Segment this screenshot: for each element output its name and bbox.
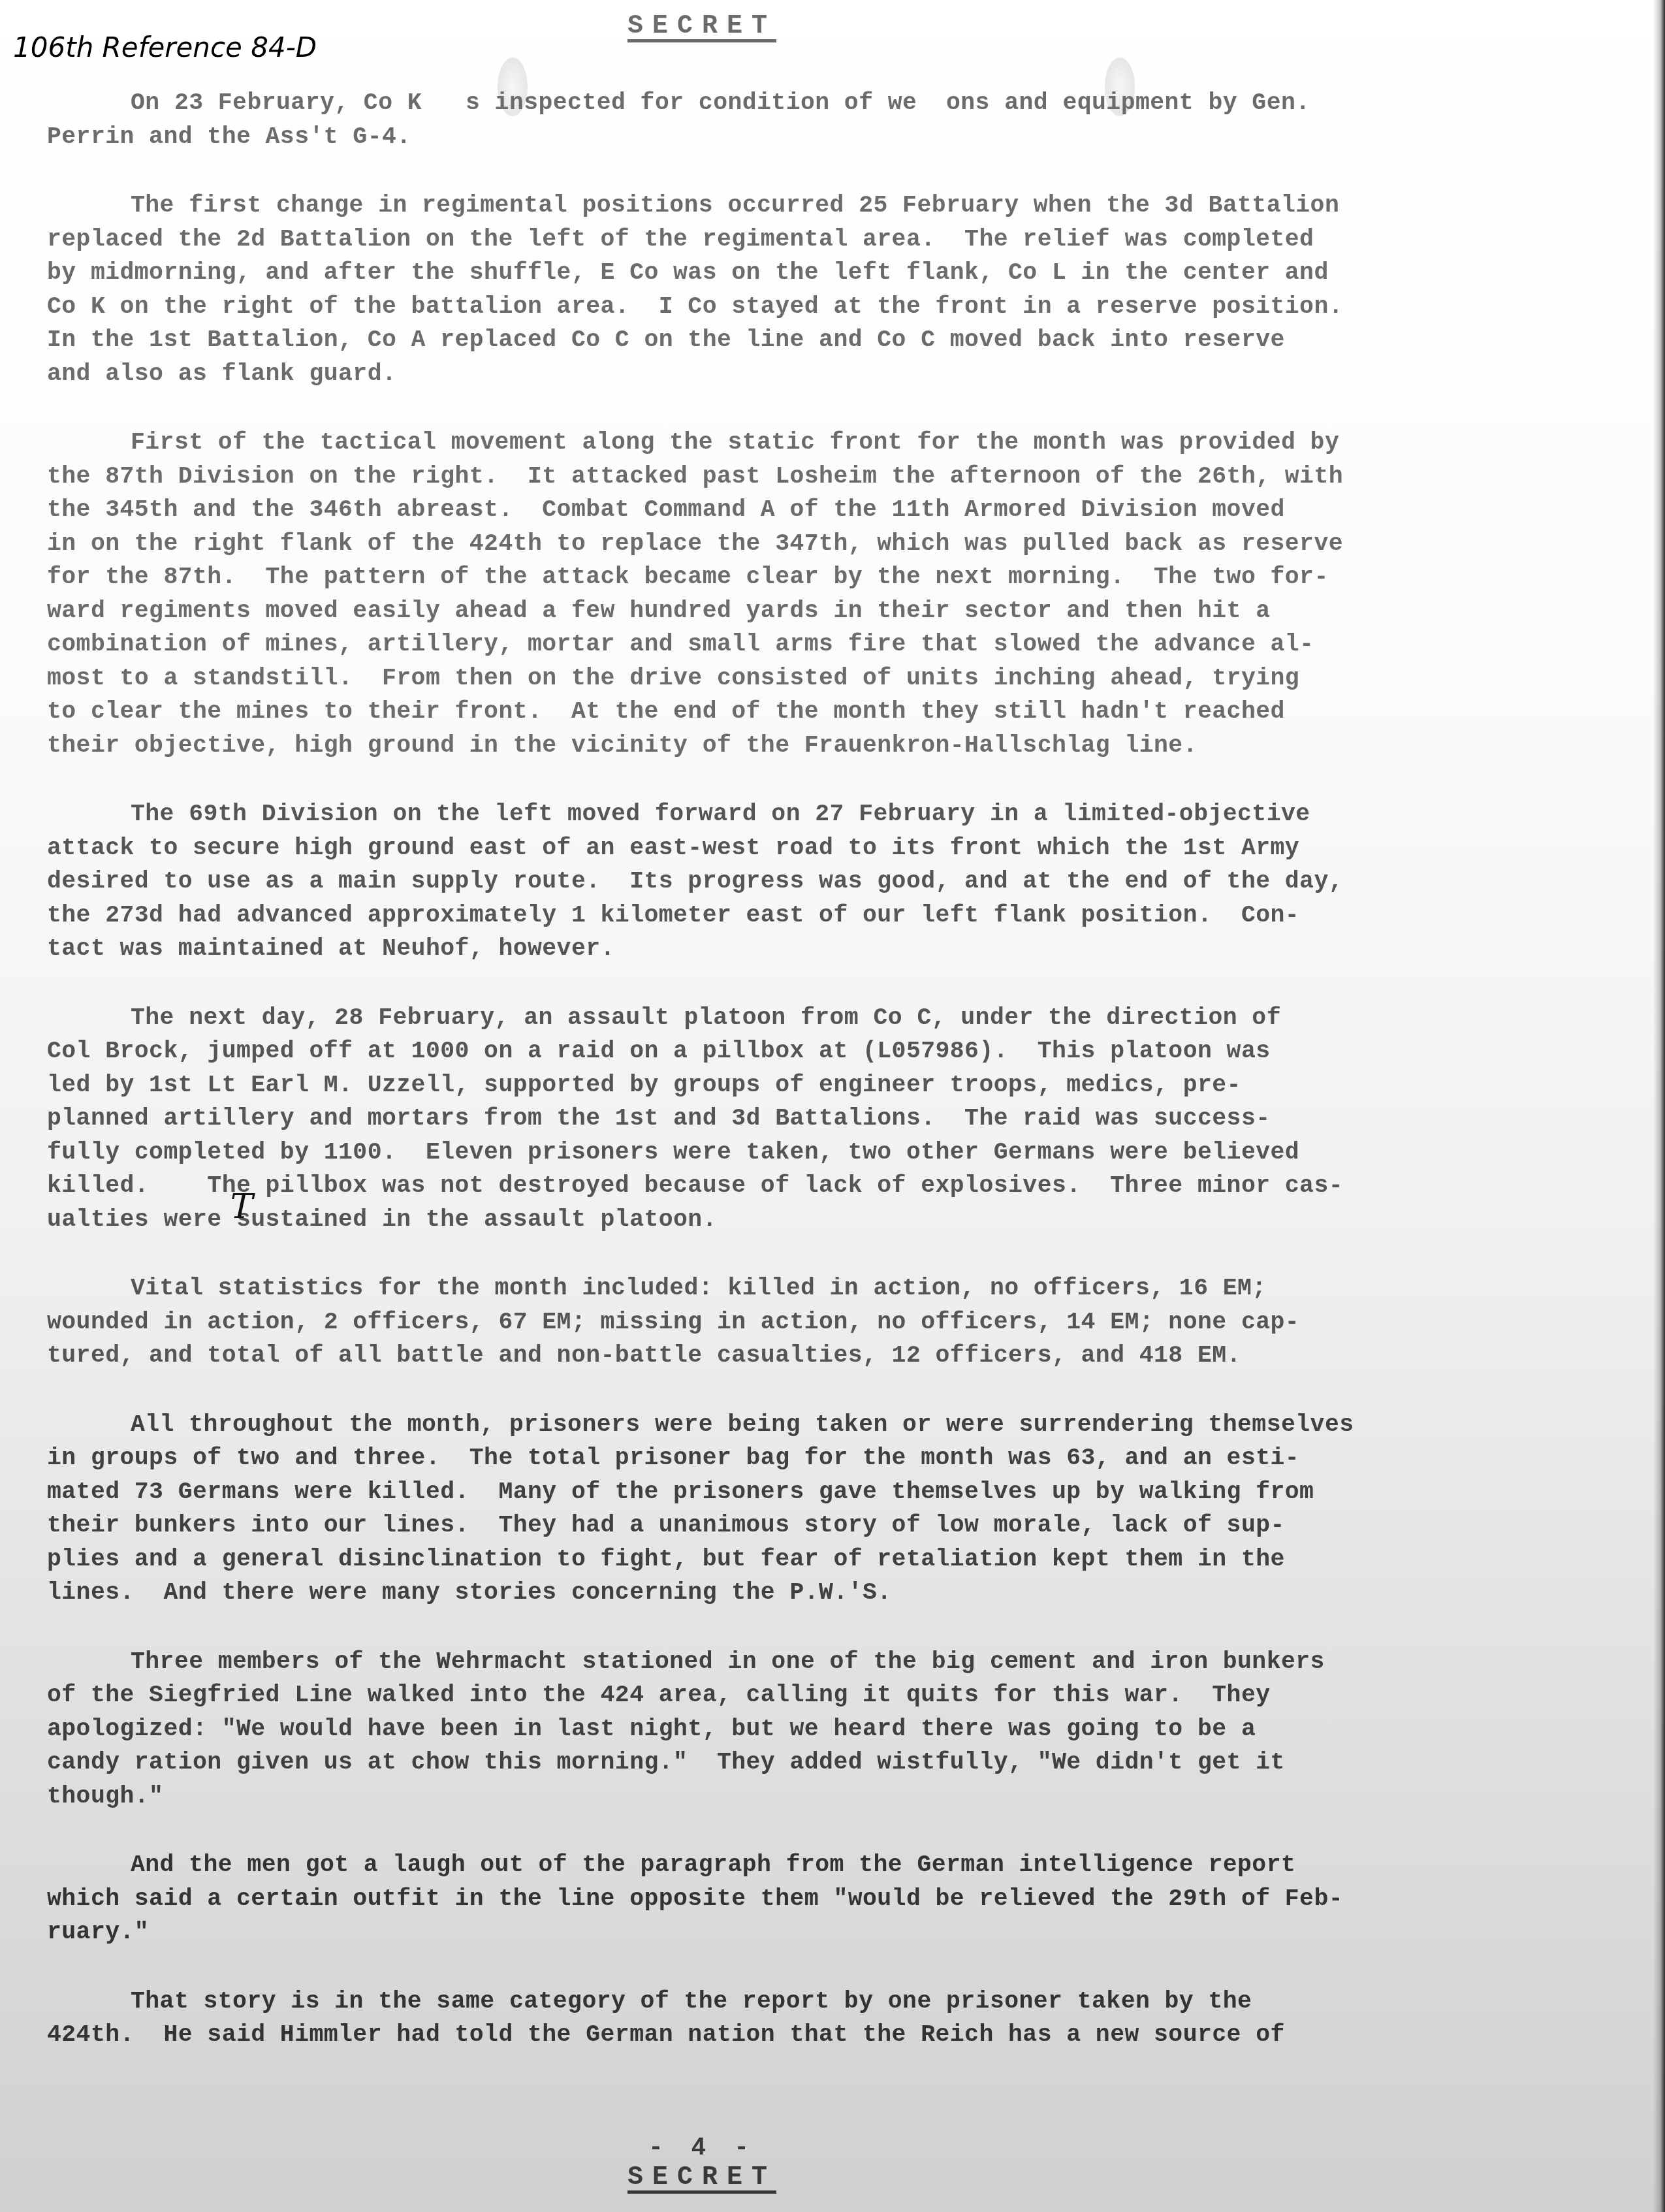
text-line: First of the tactical movement along the… bbox=[47, 426, 1640, 460]
text-line: in on the right flank of the 424th to re… bbox=[47, 527, 1640, 561]
text-line: The 69th Division on the left moved forw… bbox=[47, 797, 1640, 831]
text-line: apologized: "We would have been in last … bbox=[47, 1712, 1640, 1746]
text-line: lines. And there were many stories conce… bbox=[47, 1576, 1640, 1610]
paragraph: All throughout the month, prisoners were… bbox=[47, 1408, 1640, 1610]
text-line: combination of mines, artillery, mortar … bbox=[47, 628, 1640, 662]
text-line: ward regiments moved easily ahead a few … bbox=[47, 594, 1640, 628]
text-line: replaced the 2d Battalion on the left of… bbox=[47, 223, 1640, 257]
text-line: tact was maintained at Neuhof, however. bbox=[47, 932, 1640, 966]
paragraph: Three members of the Wehrmacht stationed… bbox=[47, 1645, 1640, 1814]
classification-header: SECRET bbox=[0, 12, 1534, 41]
text-line: On 23 February, Co K s inspected for con… bbox=[47, 86, 1640, 120]
text-line: ruary." bbox=[47, 1915, 1640, 1949]
text-line: in groups of two and three. The total pr… bbox=[47, 1441, 1640, 1475]
text-line: In the 1st Battalion, Co A replaced Co C… bbox=[47, 323, 1640, 357]
paragraph: That story is in the same category of th… bbox=[47, 1985, 1640, 2052]
text-line: to clear the mines to their front. At th… bbox=[47, 695, 1640, 729]
paragraph: On 23 February, Co K s inspected for con… bbox=[47, 86, 1640, 153]
text-line: their objective, high ground in the vici… bbox=[47, 729, 1640, 763]
text-line: planned artillery and mortars from the 1… bbox=[47, 1102, 1640, 1136]
text-line: The first change in regimental positions… bbox=[47, 189, 1640, 223]
paragraph: And the men got a laugh out of the parag… bbox=[47, 1848, 1640, 1949]
text-line: Perrin and the Ass't G-4. bbox=[47, 120, 1640, 154]
document-body: On 23 February, Co K s inspected for con… bbox=[47, 86, 1640, 2087]
text-line: Three members of the Wehrmacht stationed… bbox=[47, 1645, 1640, 1679]
text-line: All throughout the month, prisoners were… bbox=[47, 1408, 1640, 1442]
text-line: plies and a general disinclination to fi… bbox=[47, 1543, 1640, 1577]
text-line: Vital statistics for the month included:… bbox=[47, 1272, 1640, 1306]
text-line: their bunkers into our lines. They had a… bbox=[47, 1509, 1640, 1543]
text-line: most to a standstill. From then on the d… bbox=[47, 662, 1640, 696]
text-line: Co K on the right of the battalion area.… bbox=[47, 290, 1640, 324]
text-line: The next day, 28 February, an assault pl… bbox=[47, 1001, 1640, 1035]
text-line: by midmorning, and after the shuffle, E … bbox=[47, 256, 1640, 290]
text-line: though." bbox=[47, 1780, 1640, 1814]
paragraph: The next day, 28 February, an assault pl… bbox=[47, 1001, 1640, 1237]
text-line: mated 73 Germans were killed. Many of th… bbox=[47, 1475, 1640, 1509]
text-line: wounded in action, 2 officers, 67 EM; mi… bbox=[47, 1306, 1640, 1339]
page-number: - 4 - bbox=[0, 2134, 1534, 2162]
text-line: 424th. He said Himmler had told the Germ… bbox=[47, 2018, 1640, 2052]
text-line: ualties were sustained in the assault pl… bbox=[47, 1203, 1640, 1237]
text-line: That story is in the same category of th… bbox=[47, 1985, 1640, 2019]
text-line: the 273d had advanced approximately 1 ki… bbox=[47, 899, 1640, 933]
text-line: which said a certain outfit in the line … bbox=[47, 1882, 1640, 1916]
text-line: desired to use as a main supply route. I… bbox=[47, 865, 1640, 899]
text-line: attack to secure high ground east of an … bbox=[47, 831, 1640, 865]
classification-footer: SECRET bbox=[0, 2163, 1534, 2192]
text-line: Col Brock, jumped off at 1000 on a raid … bbox=[47, 1034, 1640, 1068]
text-line: killed. The pillbox was not destroyed be… bbox=[47, 1169, 1640, 1203]
text-line: And the men got a laugh out of the parag… bbox=[47, 1848, 1640, 1882]
text-line: the 345th and the 346th abreast. Combat … bbox=[47, 493, 1640, 527]
text-line: led by 1st Lt Earl M. Uzzell, supported … bbox=[47, 1068, 1640, 1102]
paragraph: The first change in regimental positions… bbox=[47, 189, 1640, 391]
text-line: tured, and total of all battle and non-b… bbox=[47, 1339, 1640, 1373]
text-line: of the Siegfried Line walked into the 42… bbox=[47, 1678, 1640, 1712]
text-line: the 87th Division on the right. It attac… bbox=[47, 460, 1640, 494]
text-line: candy ration given us at chow this morni… bbox=[47, 1746, 1640, 1780]
paragraph: The 69th Division on the left moved forw… bbox=[47, 797, 1640, 966]
text-line: and also as flank guard. bbox=[47, 357, 1640, 391]
page-edge-shadow bbox=[1653, 0, 1665, 2212]
text-line: for the 87th. The pattern of the attack … bbox=[47, 560, 1640, 594]
paragraph: First of the tactical movement along the… bbox=[47, 426, 1640, 762]
text-line: fully completed by 1100. Eleven prisoner… bbox=[47, 1136, 1640, 1170]
paragraph: Vital statistics for the month included:… bbox=[47, 1272, 1640, 1373]
